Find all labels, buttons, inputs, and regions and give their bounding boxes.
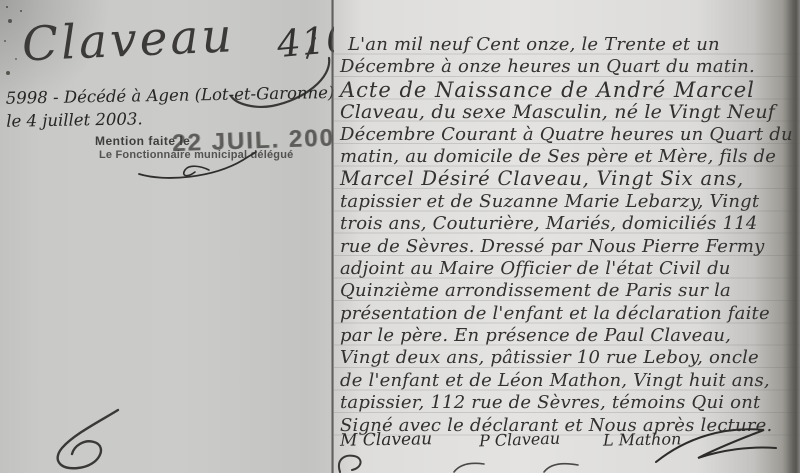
act-text-line: de l'enfant et de Léon Mathon, Vingt hui… bbox=[340, 370, 800, 392]
left-page: Claveau 410 5998 - Décédé à Agen (Lot-et… bbox=[0, 0, 333, 473]
paper-speckles bbox=[6, 6, 8, 8]
signature-father: M Claveau bbox=[340, 429, 432, 451]
act-text-line: rue de Sèvres. Dressé par Nous Pierre Fe… bbox=[340, 236, 800, 258]
act-text-line: tapissier et de Suzanne Marie Lebarzy, V… bbox=[340, 191, 800, 213]
act-text-line: Acte de Naissance de André Marcel bbox=[340, 79, 800, 101]
page-curl-shadow bbox=[782, 0, 800, 473]
signature-witness-1: P Claveau bbox=[479, 429, 561, 451]
bottom-flourish-icon bbox=[44, 406, 136, 473]
act-text-line: Marcel Désiré Claveau, Vingt Six ans, bbox=[340, 168, 800, 190]
register-scan: Claveau 410 5998 - Décédé à Agen (Lot-et… bbox=[0, 0, 800, 473]
small-pen-mark-icon bbox=[304, 36, 318, 60]
act-text-line: Décembre Courant à Quatre heures un Quar… bbox=[340, 124, 800, 146]
act-text-line: trois ans, Couturière, Mariés, domicilié… bbox=[340, 213, 800, 235]
official-paraph-icon bbox=[652, 422, 782, 470]
act-text-line: Quinzième arrondissement de Paris sur la bbox=[340, 280, 800, 302]
act-text: L'an mil neuf Cent onze, le Trente et un… bbox=[334, 34, 800, 454]
act-text-line: matin, au domicile de Ses père et Mère, … bbox=[340, 146, 800, 168]
margin-note: 5998 - Décédé à Agen (Lot-et-Garonne) le… bbox=[6, 81, 317, 132]
next-entry-partial-strokes-icon bbox=[334, 452, 664, 473]
act-text-line: tapissier, 112 rue de Sèvres, témoins Qu… bbox=[340, 392, 800, 414]
act-text-line: par le père. En présence de Paul Claveau… bbox=[340, 325, 800, 347]
act-text-line: Vingt deux ans, pâtissier 10 rue Leboy, … bbox=[340, 347, 800, 369]
act-text-line: présentation de l'enfant et la déclarati… bbox=[340, 303, 800, 325]
right-page: L'an mil neuf Cent onze, le Trente et un… bbox=[334, 0, 800, 473]
mention-stamp: Mention faite le 22 JUIL. 2003 Le Foncti… bbox=[0, 130, 333, 190]
act-text-line: L'an mil neuf Cent onze, le Trente et un bbox=[340, 34, 800, 56]
act-text-line: adjoint au Maire Officier de l'état Civi… bbox=[340, 258, 800, 280]
signature-scribble-icon bbox=[135, 148, 260, 182]
act-text-line: Décembre à onze heures un Quart du matin… bbox=[340, 56, 800, 78]
act-text-line: Claveau, du sexe Masculin, né le Vingt N… bbox=[340, 101, 800, 123]
